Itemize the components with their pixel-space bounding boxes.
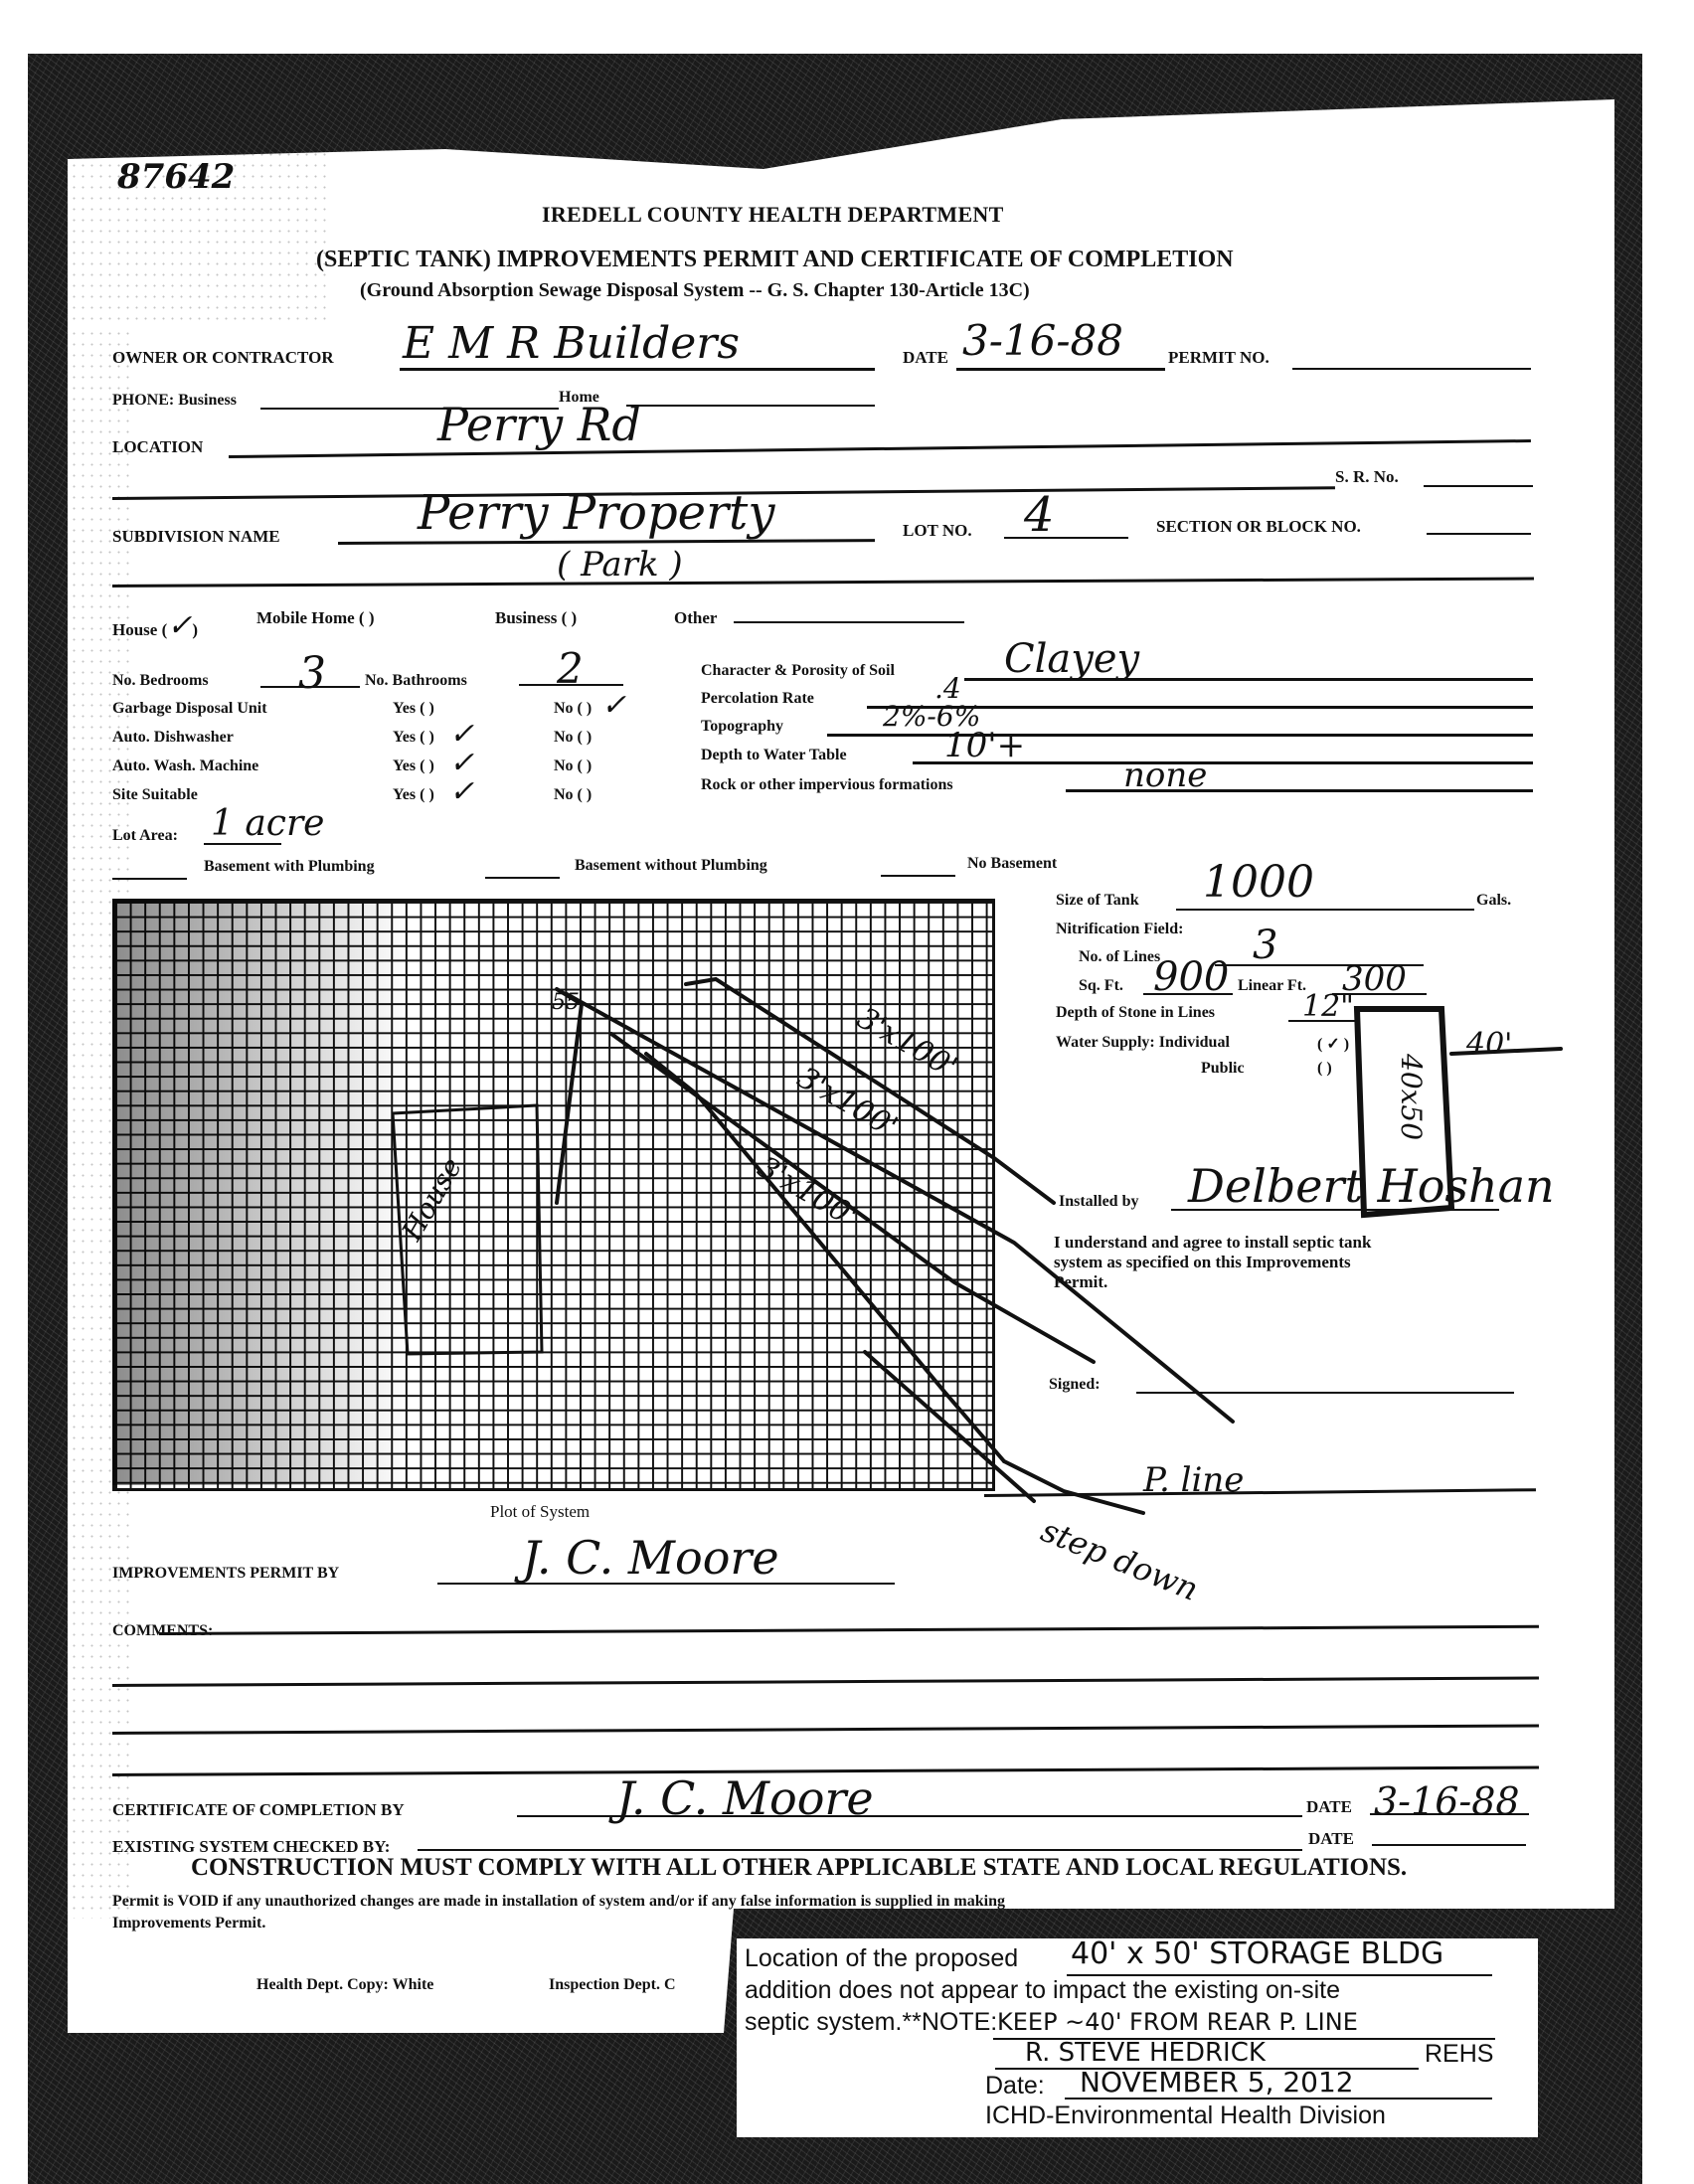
tank-size-field[interactable]: 1000 xyxy=(1203,857,1314,908)
sqft-label: Sq. Ft. xyxy=(1079,977,1123,995)
tank-size-label: Size of Tank xyxy=(1056,892,1139,910)
installed-by-field[interactable]: Delbert Hoshan xyxy=(1188,1159,1555,1213)
existing-date-field[interactable] xyxy=(1372,1844,1526,1846)
line-label-3: 3'x100' xyxy=(752,1150,864,1235)
water-individual-checkbox[interactable]: ( ✓ ) xyxy=(1317,1034,1349,1054)
certificate-date-field[interactable]: 3-16-88 xyxy=(1374,1779,1520,1823)
stamp-date: NOVEMBER 5, 2012 xyxy=(1080,2066,1354,2099)
improvements-permit-field[interactable]: J. C. Moore xyxy=(522,1531,779,1585)
water-public-checkbox[interactable]: ( ) xyxy=(1317,1060,1332,1078)
public-label: Public xyxy=(1201,1060,1245,1078)
inspector-name: R. STEVE HEDRICK xyxy=(1025,2038,1266,2068)
existing-date-label: DATE xyxy=(1308,1829,1354,1849)
line-label-1: 3'x100' xyxy=(851,1001,963,1086)
lines-label: No. of Lines xyxy=(1079,948,1160,966)
svg-text:40': 40' xyxy=(1465,1027,1512,1062)
plot-caption: Plot of System xyxy=(490,1502,590,1522)
tank-size-unit: Gals. xyxy=(1476,892,1511,910)
nitrification-label: Nitrification Field: xyxy=(1056,921,1183,938)
water-supply-label: Water Supply: Individual xyxy=(1056,1034,1230,1052)
compliance-notice: CONSTRUCTION MUST COMPLY WITH ALL OTHER … xyxy=(191,1854,1407,1882)
signed-label: Signed: xyxy=(1049,1376,1101,1394)
lines-field[interactable]: 3 xyxy=(1253,923,1277,968)
improvements-permit-label: IMPROVEMENTS PERMIT BY xyxy=(112,1565,339,1583)
certificate-date-label: DATE xyxy=(1306,1797,1352,1817)
line-label-2: 3'x100' xyxy=(791,1061,904,1145)
svg-text:55: 55 xyxy=(552,990,580,1015)
agreement-text: I understand and agree to install septic… xyxy=(1054,1233,1371,1292)
approval-stamp: Location of the proposed 40' x 50' STORA… xyxy=(737,1938,1538,2137)
inspection-copy-label: Inspection Dept. C xyxy=(549,1976,676,1994)
building-label: 40x50 xyxy=(1395,1053,1428,1140)
certificate-field[interactable]: J. C. Moore xyxy=(616,1771,874,1825)
stone-depth-label: Depth of Stone in Lines xyxy=(1056,1004,1215,1022)
step-down-label: step down xyxy=(1036,1511,1204,1608)
existing-system-field[interactable] xyxy=(418,1849,1302,1851)
health-copy-label: Health Dept. Copy: White xyxy=(256,1976,433,1994)
linear-ft-label: Linear Ft. xyxy=(1238,977,1306,995)
sqft-field[interactable]: 900 xyxy=(1153,954,1229,1000)
note-field[interactable]: KEEP ~40' FROM REAR P. LINE xyxy=(997,2008,1358,2036)
signed-field[interactable] xyxy=(1136,1392,1514,1394)
stone-depth-field[interactable]: 12" xyxy=(1302,989,1354,1024)
proposed-building-field[interactable]: 40' x 50' STORAGE BLDG xyxy=(1071,1936,1443,1971)
void-notice: Permit is VOID if any unauthorized chang… xyxy=(112,1893,1005,1911)
house-label: House xyxy=(395,1152,468,1248)
certificate-label: CERTIFICATE OF COMPLETION BY xyxy=(112,1800,405,1820)
void-notice-2: Improvements Permit. xyxy=(112,1915,265,1932)
installed-by-label: Installed by xyxy=(1059,1193,1138,1211)
